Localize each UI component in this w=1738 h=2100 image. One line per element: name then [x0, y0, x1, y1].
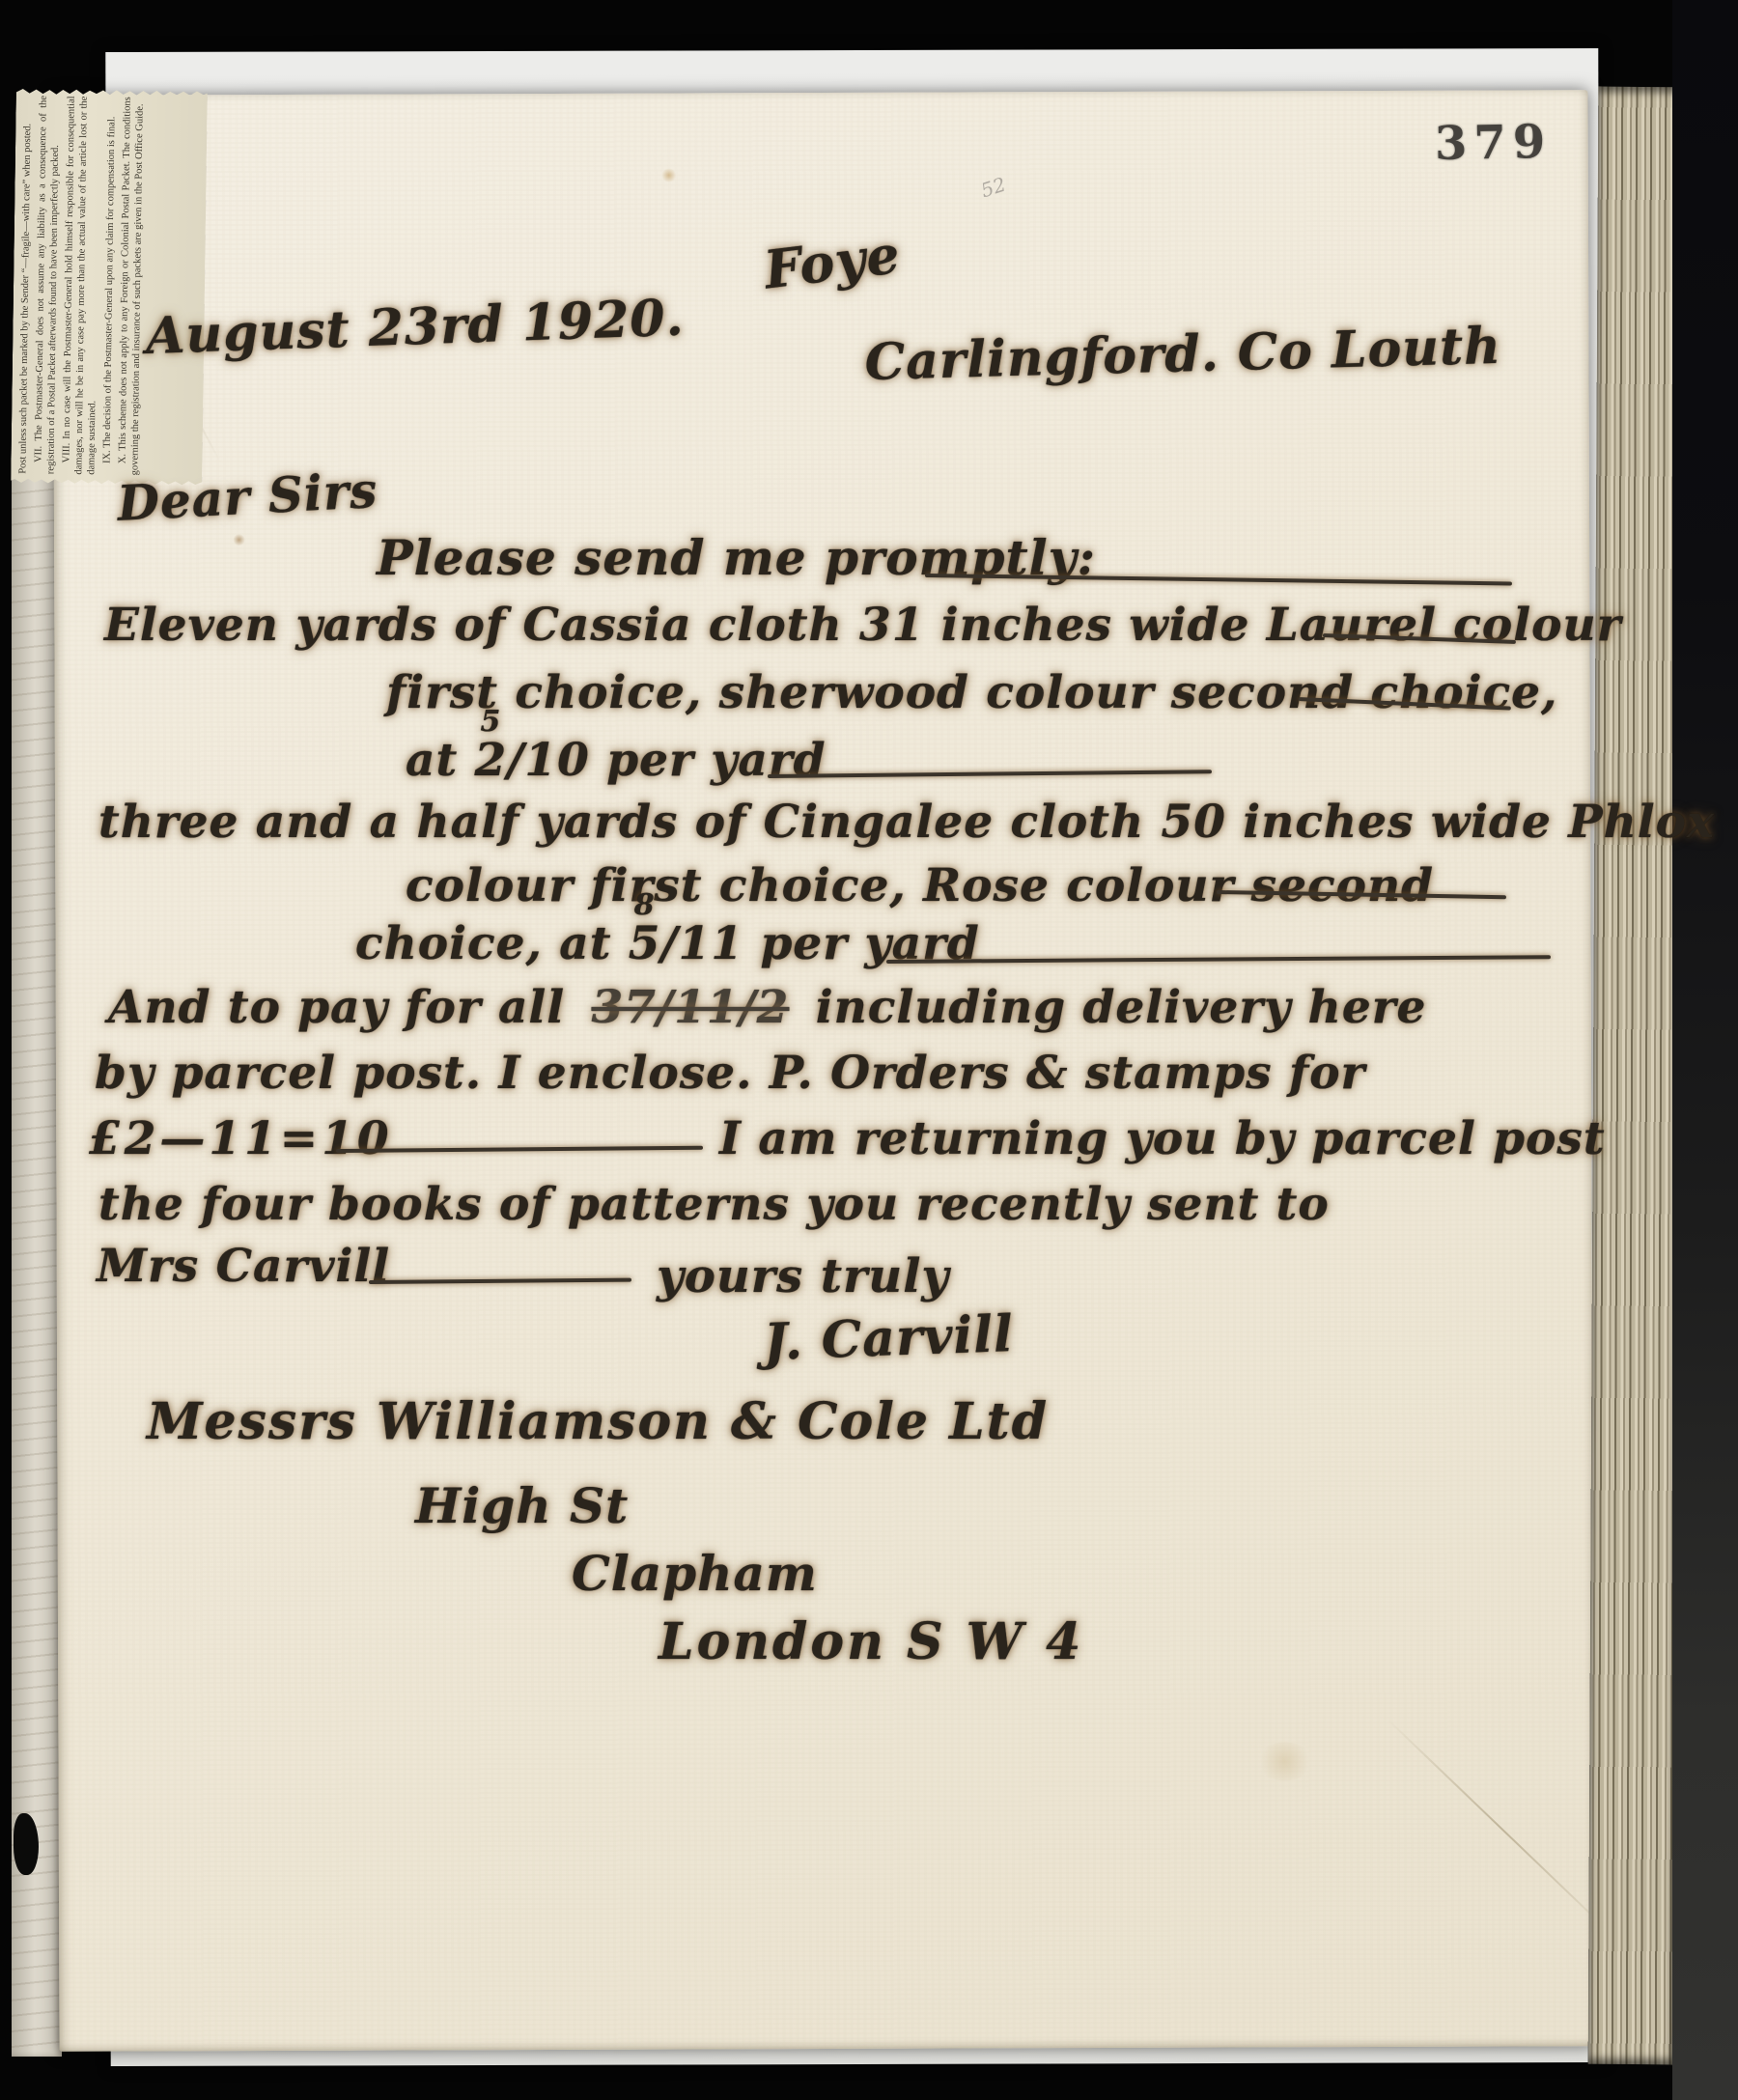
- price-correction: 5: [481, 705, 502, 739]
- price-prefix: at: [406, 734, 458, 787]
- price-prefix: choice, at: [355, 917, 611, 970]
- clipping-paragraph: IX. The decision of the Postmaster-Gener…: [100, 97, 118, 475]
- price-value: 5/11: [629, 917, 743, 970]
- payment-line1: And to pay for all 37/11/2 including del…: [108, 981, 1426, 1034]
- order1-line2: first choice, sherwood colour second cho…: [386, 666, 1557, 719]
- clipping-paragraph: Post unless such packet be marked by the…: [16, 96, 34, 474]
- book-cover: [1672, 0, 1738, 2100]
- price-value: 2/10: [475, 734, 590, 787]
- payment-line3: I am returning you by parcel post: [719, 1112, 1606, 1165]
- payment-line1-pre: And to pay for all: [108, 981, 565, 1034]
- payment-line2: by parcel post. I enclose. P. Orders & s…: [95, 1047, 1365, 1100]
- payment-line4: the four books of patterns you recently …: [98, 1178, 1330, 1231]
- price-correction: 8: [634, 888, 656, 922]
- crossed-out-text: 37/11/2: [592, 981, 790, 1034]
- price-suffix: per yard: [606, 734, 826, 787]
- payment-amount: £2—11=10: [89, 1112, 393, 1165]
- order2-line1: three and a half yards of Cingalee cloth…: [98, 796, 1715, 849]
- page-number-stamp: 379: [1435, 115, 1553, 171]
- payment-line1-post: including delivery here: [816, 981, 1427, 1034]
- recipient-name: Messrs Williamson & Cole Ltd: [147, 1392, 1049, 1451]
- stain-spot: [233, 534, 245, 546]
- recipient-district: Clapham: [572, 1545, 818, 1602]
- order1-line1: Eleven yards of Cassia cloth 31 inches w…: [104, 599, 1621, 652]
- valediction: yours truly: [657, 1249, 949, 1303]
- recipient-street: High St: [415, 1477, 629, 1534]
- payment-line5: Mrs Carvill: [97, 1240, 390, 1293]
- stain-spot: [1255, 1742, 1313, 1780]
- clipping-text-block: Post unless such packet be marked by the…: [16, 96, 199, 477]
- signature: J. Carvill: [763, 1304, 1015, 1372]
- newspaper-clipping: Post unless such packet be marked by the…: [11, 88, 208, 487]
- order1-price-line: at 52/10 per yard: [406, 734, 826, 787]
- book-scan: 379 52 Post unless such packet be marked…: [0, 0, 1738, 2100]
- order2-line2: colour first choice, Rose colour second: [406, 859, 1434, 912]
- book-foredge-pages: [1588, 87, 1684, 2064]
- price-value-wrap: 52/10: [475, 734, 590, 787]
- price-value-wrap: 85/11: [629, 917, 743, 970]
- clipping-paragraph: X. This scheme does not apply to any For…: [116, 97, 147, 475]
- recipient-city: London S W 4: [659, 1612, 1083, 1671]
- stain-spot: [661, 169, 677, 182]
- clipping-paragraph: VII. The Postmaster-General does not ass…: [32, 96, 63, 474]
- clipping-paragraph: VIII. In no case will the Postmaster-Gen…: [60, 96, 103, 475]
